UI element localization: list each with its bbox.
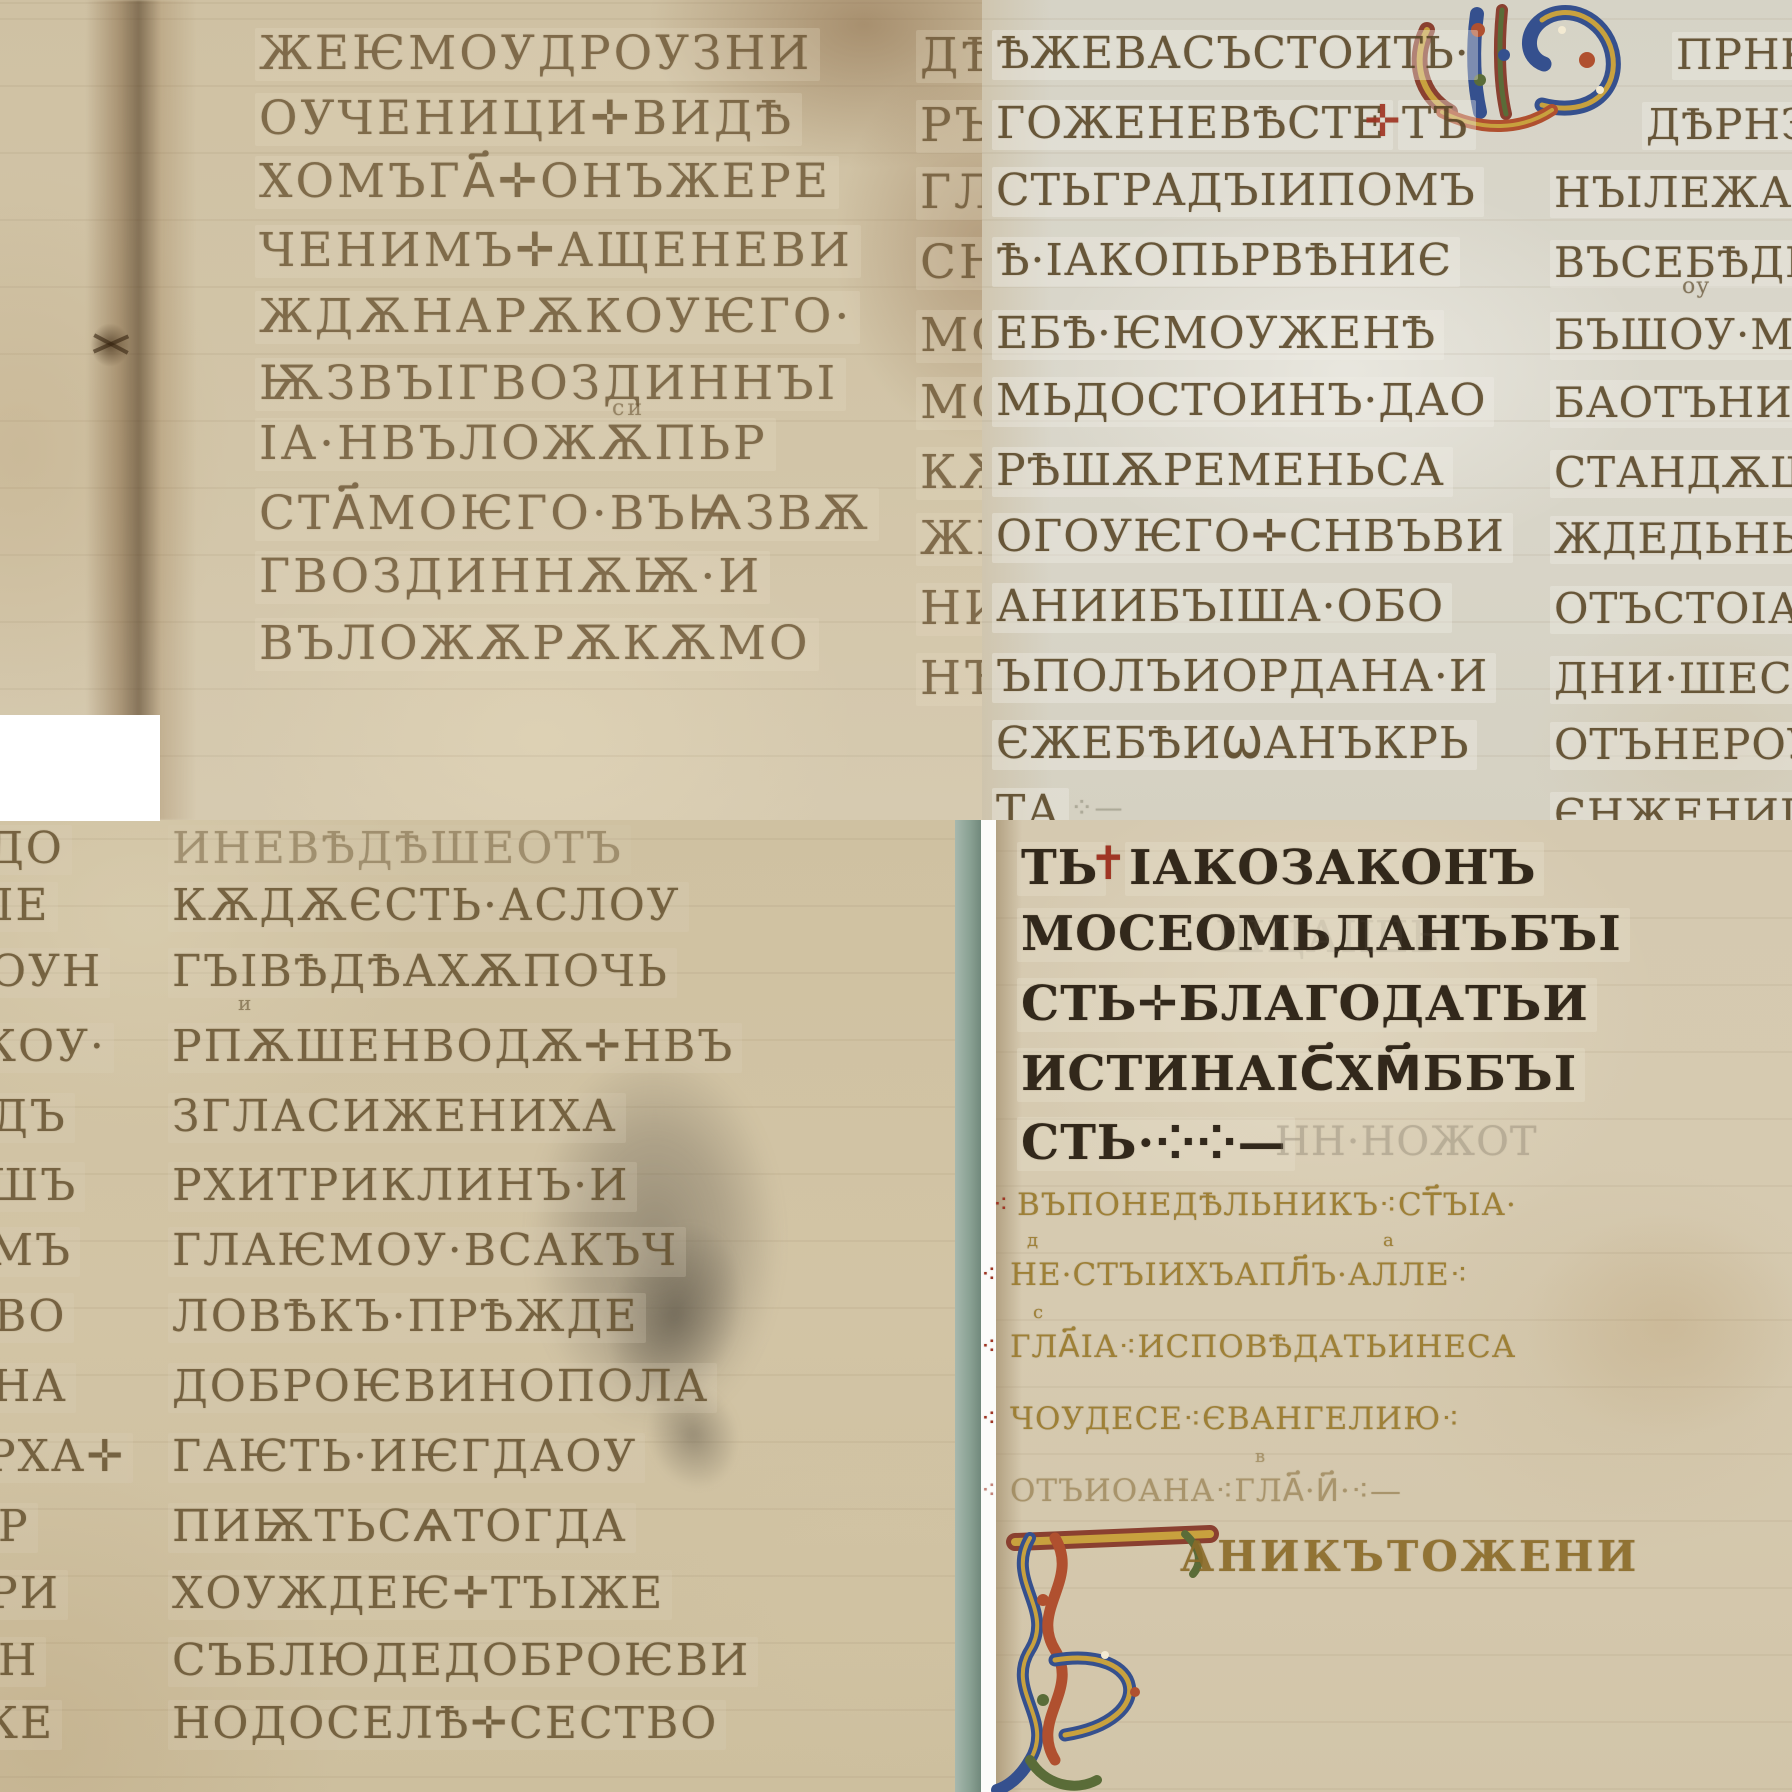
manuscript-text-line: ГЛАѤМОУ·ВСАКЪЧ <box>168 1227 686 1277</box>
manuscript-text-line: СНІ <box>916 237 982 290</box>
manuscript-text-line: НЪ <box>916 653 982 706</box>
manuscript-text-line: СЪБЛЮДЕДОБРОѤВИ <box>168 1637 758 1687</box>
manuscript-text-line: СТЬ✛БЛАГОДАТЬИ <box>1017 978 1597 1032</box>
manuscript-text-line: АНИИБЪІША·ОБО <box>992 583 1452 633</box>
manuscript-text-line: ДѢРНЗ <box>1642 102 1792 150</box>
manuscript-text-line: СТЬГРАДЪІИПОМЪ <box>992 167 1484 217</box>
manuscript-text-line: МЪ <box>0 1227 80 1277</box>
manuscript-text-line: РПѪШЕНВОДѪ✛НВЪ <box>168 1023 742 1073</box>
manuscript-text-line: ЖДЕДЬНЬ· <box>1550 516 1792 564</box>
manuscript-text-line: СТЬ·⁘⁘— <box>1017 1117 1295 1171</box>
manuscript-text-line: ПРНК <box>1672 32 1792 80</box>
manuscript-text-line: ОТЪНЕРОУ <box>1550 722 1792 770</box>
manuscript-text-line: ОУЧЕНИЦИ✛ВИДѢ <box>255 93 802 146</box>
manuscript-text-line: ⁖ <box>981 1406 997 1432</box>
manuscript-text-line: НЪІЛЕЖАЩ <box>1550 170 1792 218</box>
manuscript-text-line: КѪДѪЄСТЬ·АСЛОУ <box>168 882 689 932</box>
manuscript-text-line: Н <box>0 1637 46 1687</box>
manuscript-text-line: ✝ <box>1089 840 1129 886</box>
manuscript-text-line: ДѢ <box>916 30 982 83</box>
manuscript-text-line: ХОУЖДЕѤ✛ТЪІЖЕ <box>168 1570 672 1620</box>
manuscript-text-line: ГАѤТЬ·ИѤГДАОУ <box>168 1433 645 1483</box>
manuscript-text-line: в <box>1255 1448 1266 1466</box>
manuscript-text-line: МО <box>916 377 982 430</box>
manuscript-text-line: ІЕ <box>0 882 58 932</box>
manuscript-text-line: ВЪПОНЕДѢЛЬНИКЪ⁖СТ҃ЪІА· <box>1017 1190 1517 1221</box>
manuscript-text-line: ШЦАІШЬ <box>1215 916 1440 960</box>
manuscript-text-line: ПИѬТЬСѦТОГДА <box>168 1503 636 1553</box>
manuscript-text-line: МО <box>916 310 982 363</box>
manuscript-text-line: ДНИ·ШЕСТ <box>1550 656 1792 704</box>
manuscript-text-line: ГЛА҃ІА⁖ИСПОВѢДАТЬИНЕСА <box>1010 1332 1516 1363</box>
manuscript-text-line: РѢШѪРЕМЕНЬСА <box>992 447 1453 497</box>
manuscript-text-line: КѪ <box>916 447 982 500</box>
manuscript-text-line: ЧОУДЕСЕ⁖ЄВАНГЕЛИЮ⁖ <box>1010 1404 1460 1435</box>
manuscript-text-line: Ѣ·ІАКОПЬРВѢНИЄ <box>992 237 1460 287</box>
manuscript-text-line: д <box>1027 1232 1039 1250</box>
manuscript-text-line: КОУ· <box>0 1023 114 1073</box>
manuscript-text-line: ЖДѪНАРѪКОУѤГО· <box>255 291 860 344</box>
manuscript-text-line: ХОМЪГА҃✛ОНЪЖЕРЕ <box>255 156 839 209</box>
manuscript-text-line: оу <box>1682 276 1710 298</box>
manuscript-text-line: НА <box>0 1363 76 1413</box>
manuscript-text-line: и <box>238 993 253 1013</box>
manuscript-text-line: ВЪСЕБѢДН <box>1550 240 1792 288</box>
manuscript-text-line: МЬДОСТОИНЪ·ДАО <box>992 377 1494 427</box>
manuscript-text-line: а <box>1383 1232 1395 1250</box>
folio-photo-bottom-right: ТЬ✝ІАКОЗАКОНЪМОСЕОМЬДАНЪБЪІСТЬ✛БЛАГОДАТЬ… <box>955 820 1792 1792</box>
manuscript-text-line: ⁘— <box>1070 794 1123 822</box>
manuscript-text-line: ОТЪИОАНА⁖ГЛА҃·И҃·⁖— <box>1010 1476 1402 1507</box>
spine-fold-shadow <box>86 0 196 820</box>
manuscript-text-line: ѬЗВЪІГВОЗДИННЪІ <box>255 358 846 411</box>
manuscript-text-line: ЖЕѤМОУДРОУЗНИ <box>255 28 820 81</box>
manuscript-text-line: с <box>1033 1304 1044 1322</box>
manuscript-text-line: НОДОСЕЛѢ✛СЕСТВО <box>168 1700 726 1750</box>
manuscript-text-line: ДОБРОѤВИНОПОЛА <box>168 1363 717 1413</box>
blank-corner <box>0 715 160 821</box>
manuscript-text-line: ⁖ <box>993 1192 1009 1218</box>
manuscript-text-line: ЛОВѢКЪ·ПРѢЖДЕ <box>168 1293 646 1343</box>
manuscript-text-line: ИСТИНАІС҃ХМ҃ББЪІ <box>1017 1048 1585 1102</box>
manuscript-text-line: си <box>612 398 645 420</box>
manuscript-text-line: ДЪ <box>0 1093 75 1143</box>
manuscript-text-line: ГВОЗДИННѪѬ·И <box>255 551 770 604</box>
manuscript-text-line: РХА✛ <box>0 1433 133 1483</box>
manuscript-text-line: БЪШОУ·МО <box>1550 312 1792 360</box>
manuscript-text-line: ОГОУѤГО✛СНВЪВИ <box>992 513 1513 563</box>
manuscript-text-line: ИНЕВѢДѢШЕОТЪ <box>168 825 631 875</box>
backing-board-strip <box>955 820 981 1792</box>
manuscript-text-line: БАОТЪНИ <box>1550 380 1792 428</box>
manuscript-text-line: ⁖ <box>981 1262 997 1288</box>
manuscript-text-line: ІА·НВЪЛОЖѪПЬР <box>255 418 776 471</box>
manuscript-text-line: ѢЖЕВАСЪСТОИТЬ· <box>992 30 1478 80</box>
manuscript-text-line: НН·НОЖОТ <box>1275 1122 1538 1162</box>
manuscript-text-line: ГЛА҃ <box>916 167 982 220</box>
manuscript-text-line: РИ <box>0 1570 68 1620</box>
spine-sewing-mark <box>84 316 136 374</box>
manuscript-collage: ЖЕѤМОУДРОУЗНИОУЧЕНИЦИ✛ВИДѢХОМЪГА҃✛ОНЪЖЕР… <box>0 0 1792 1792</box>
manuscript-text-line: ОТЪСТОІА <box>1550 586 1792 634</box>
manuscript-text-line: ТЪ <box>1398 100 1476 150</box>
manuscript-text-line: ДО <box>0 825 72 875</box>
manuscript-text-line: ЗГЛАСИЖЕНИХА <box>168 1093 626 1143</box>
manuscript-text-line: НЕ·СТЪІИХЪАПЛ҃Ъ·АЛЛЕ⁖ <box>1010 1260 1469 1291</box>
manuscript-text-line: ⁖ <box>981 1478 997 1504</box>
manuscript-text-line: РХИТРИКЛИНЪ·И <box>168 1162 637 1212</box>
manuscript-text-line: ЪПОЛЪИОРДАНА·И <box>992 653 1496 703</box>
manuscript-text-line: ЕБѢ·ѤМОУЖЕНѢ <box>992 310 1444 360</box>
manuscript-text-line: ГОЖЕНЕВѢСТЕ <box>992 100 1393 150</box>
manuscript-text-line: РЪ <box>916 100 982 153</box>
manuscript-text-line: КЕ <box>0 1700 62 1750</box>
manuscript-text-line: ЖИ <box>916 513 982 566</box>
manuscript-text-line: Р <box>0 1503 38 1553</box>
manuscript-text-line: ЄЖЕБѢИѠАНЪКРЬ <box>992 720 1477 770</box>
manuscript-text-line: ✛ <box>1364 100 1402 144</box>
manuscript-text-line: СТАНДѪЩ <box>1550 450 1792 498</box>
manuscript-text-line: ⁖ <box>981 1334 997 1360</box>
manuscript-text-line: ВО <box>0 1293 74 1343</box>
manuscript-text-line: ВЪЛОЖѪРѪКѪМО <box>255 618 819 671</box>
manuscript-text-line: СТА҃МОѤГО·ВЪѨЗВѪ <box>255 488 879 541</box>
manuscript-text-line: ОУН <box>0 948 110 998</box>
manuscript-text-line: ІАКОЗАКОНЪ <box>1125 842 1544 896</box>
manuscript-text-line: АНИКЪТОЖЕНИ <box>1180 1536 1639 1578</box>
folio-photo-bottom-left: ИНЕВѢДѢШЕОТЪКѪДѪЄСТЬ·АСЛОУГЪІВѢДѢАХѪПОЧЬ… <box>0 820 955 1792</box>
folio-photo-top-right: ѢЖЕВАСЪСТОИТЬ·ГОЖЕНЕВѢСТЕ✛ТЪСТЬГРАДЪІИПО… <box>982 0 1792 825</box>
folio-photo-top-left: ЖЕѤМОУДРОУЗНИОУЧЕНИЦИ✛ВИДѢХОМЪГА҃✛ОНЪЖЕР… <box>0 0 982 820</box>
manuscript-text-line: ЧЕНИМЪ✛АЩЕНЕВИ <box>255 225 861 278</box>
manuscript-text-line: ШЪ <box>0 1162 85 1212</box>
manuscript-text-line: НИ <box>916 583 982 636</box>
